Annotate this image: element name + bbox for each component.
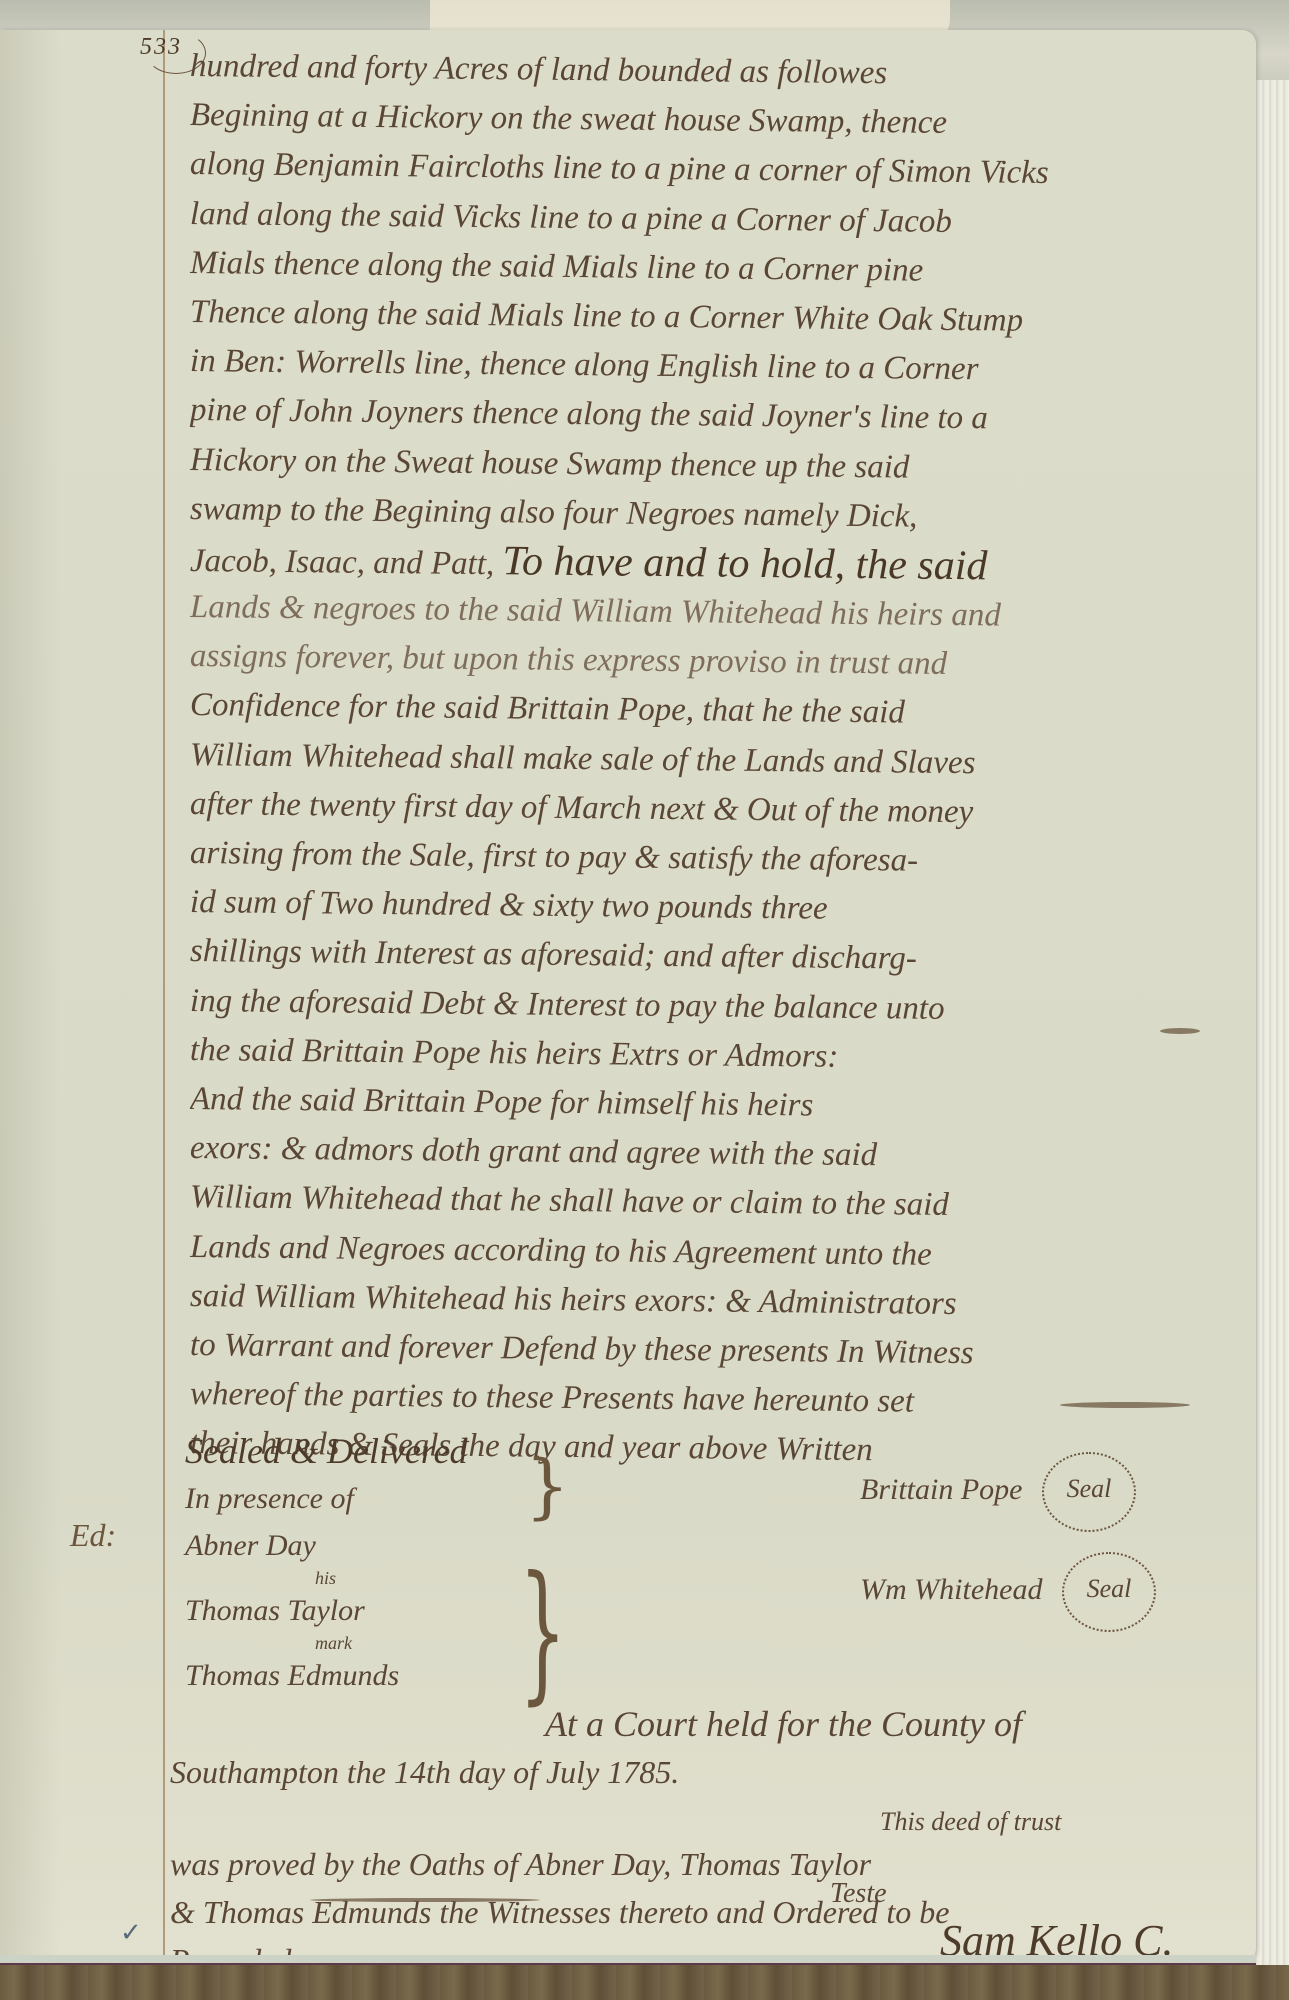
court-line: was proved by the Oaths of Abner Day, Th… [170,1840,1240,1888]
court-line: Southampton the 14th day of July 1785. [170,1748,1240,1804]
folio-number: 533 [140,34,182,61]
ink-flourish [1060,1402,1190,1408]
teste-label: Teste [830,1878,887,1910]
court-line: At a Court held for the County of [170,1700,1240,1748]
ledger-page: 533 hundred and forty Acres of land boun… [0,30,1256,1960]
seal-icon: Seal [1042,1452,1136,1532]
margin-rule [163,30,165,1960]
check-mark-icon: ✓ [120,1918,142,1948]
signature-block: Brittain Pope Seal Wm Whitehead Seal [860,1452,1220,1652]
signatory-name: Wm Whitehead [860,1573,1042,1606]
signatory-name: Brittain Pope [860,1473,1022,1506]
deed-body: hundred and forty Acres of land bounded … [190,42,1230,1468]
seal-icon: Seal [1062,1552,1156,1632]
deed-line-text: Jacob, Isaac, and Patt, [190,543,495,582]
brace-icon: } [519,1545,567,1719]
signature-row: Brittain Pope Seal [860,1452,1220,1552]
brace-icon: } [525,1445,570,1527]
ink-flourish [1160,1028,1200,1034]
ink-flourish [310,1898,540,1902]
court-line: This deed of trust [170,1804,1240,1840]
desk-surface [0,1965,1289,2000]
margin-note: Ed: [70,1517,116,1554]
habendum-phrase: To have and to hold, the said [502,538,987,589]
signature-row: Wm Whitehead Seal [860,1552,1220,1652]
